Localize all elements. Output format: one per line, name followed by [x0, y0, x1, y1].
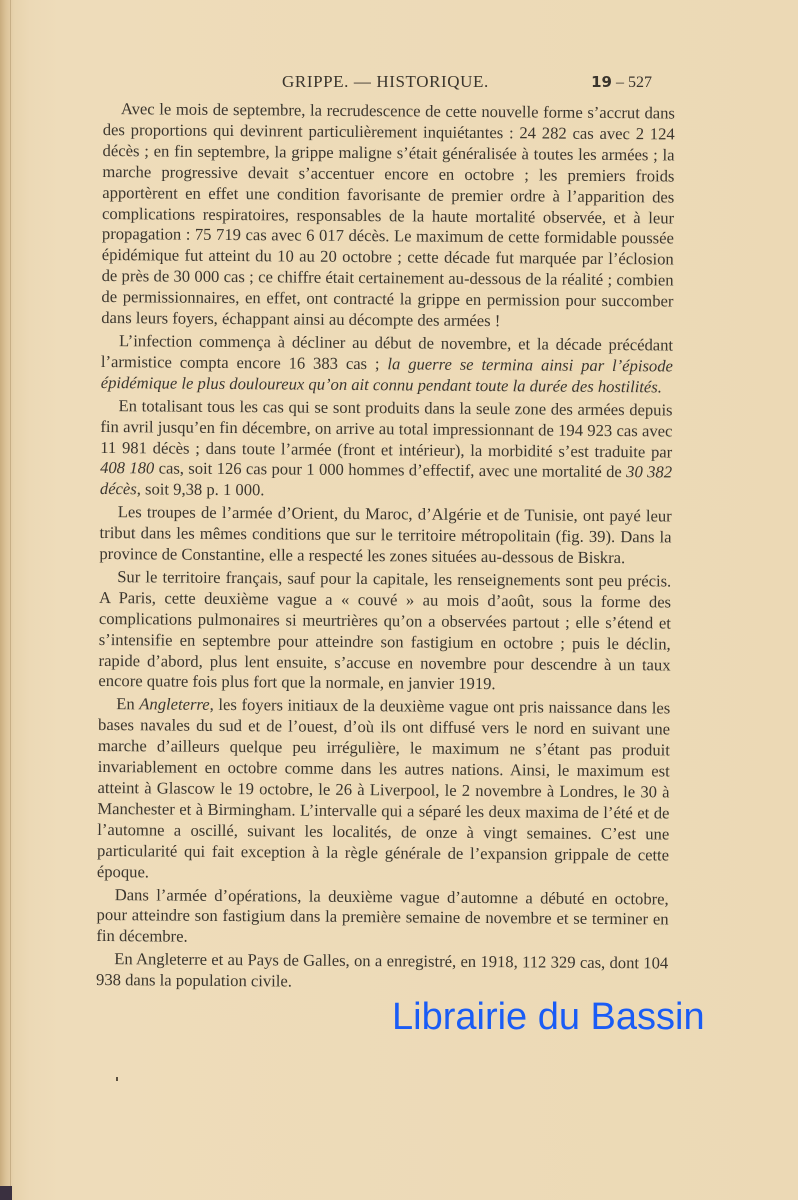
paragraph-8: En Angleterre et au Pays de Galles, on a… — [96, 949, 668, 995]
italic-span: Angleterre — [139, 695, 210, 715]
paragraph-7: Dans l’armée d’opérations, la deuxième v… — [96, 885, 668, 952]
page-number-value: – 527 — [616, 74, 652, 91]
text-span: En — [116, 694, 139, 713]
paragraph-2: L’infection commença à décliner au début… — [101, 331, 673, 398]
text-span: , soit 9,38 p. 1 000. — [137, 480, 265, 500]
section-number: 19 — [591, 73, 612, 91]
page-number: 19– 527 — [591, 73, 652, 92]
running-head: GRIPPE. — HISTORIQUE. 19– 527 — [120, 72, 660, 94]
text-span: Sur le territoire français, sauf pour la… — [98, 567, 671, 694]
text-span: Dans l’armée d’opérations, la deuxième v… — [96, 885, 668, 946]
print-speck — [116, 1077, 118, 1081]
running-title: GRIPPE. — HISTORIQUE. — [282, 72, 489, 92]
paragraph-5: Sur le territoire français, sauf pour la… — [98, 567, 671, 697]
body-text: Avec le mois de septembre, la recrudesce… — [96, 99, 675, 998]
book-page: GRIPPE. — HISTORIQUE. 19– 527 Avec le mo… — [0, 0, 798, 1200]
corner-shadow — [0, 1186, 12, 1200]
text-span: Avec le mois de septembre, la recrudesce… — [101, 99, 675, 330]
text-span: En totalisant tous les cas qui se sont p… — [100, 396, 672, 461]
text-span: En Angleterre et au Pays de Galles, on a… — [96, 949, 668, 990]
text-span: Les troupes de l’armée d’Orient, du Maro… — [99, 502, 671, 567]
text-span: , les foyers initiaux de la deuxième vag… — [97, 695, 670, 881]
paragraph-4: Les troupes de l’armée d’Orient, du Maro… — [99, 502, 671, 569]
text-span: cas, soit 126 cas pour 1 000 hommes d’ef… — [154, 459, 626, 482]
paragraph-1: Avec le mois de septembre, la recrudesce… — [101, 99, 675, 333]
paragraph-3: En totalisant tous les cas qui se sont p… — [100, 396, 673, 505]
paragraph-6: En Angleterre, les foyers initiaux de la… — [97, 694, 670, 887]
italic-span: 408 180 — [100, 458, 154, 477]
watermark: Librairie du Bassin — [392, 998, 705, 1036]
page-gutter — [10, 0, 11, 1200]
